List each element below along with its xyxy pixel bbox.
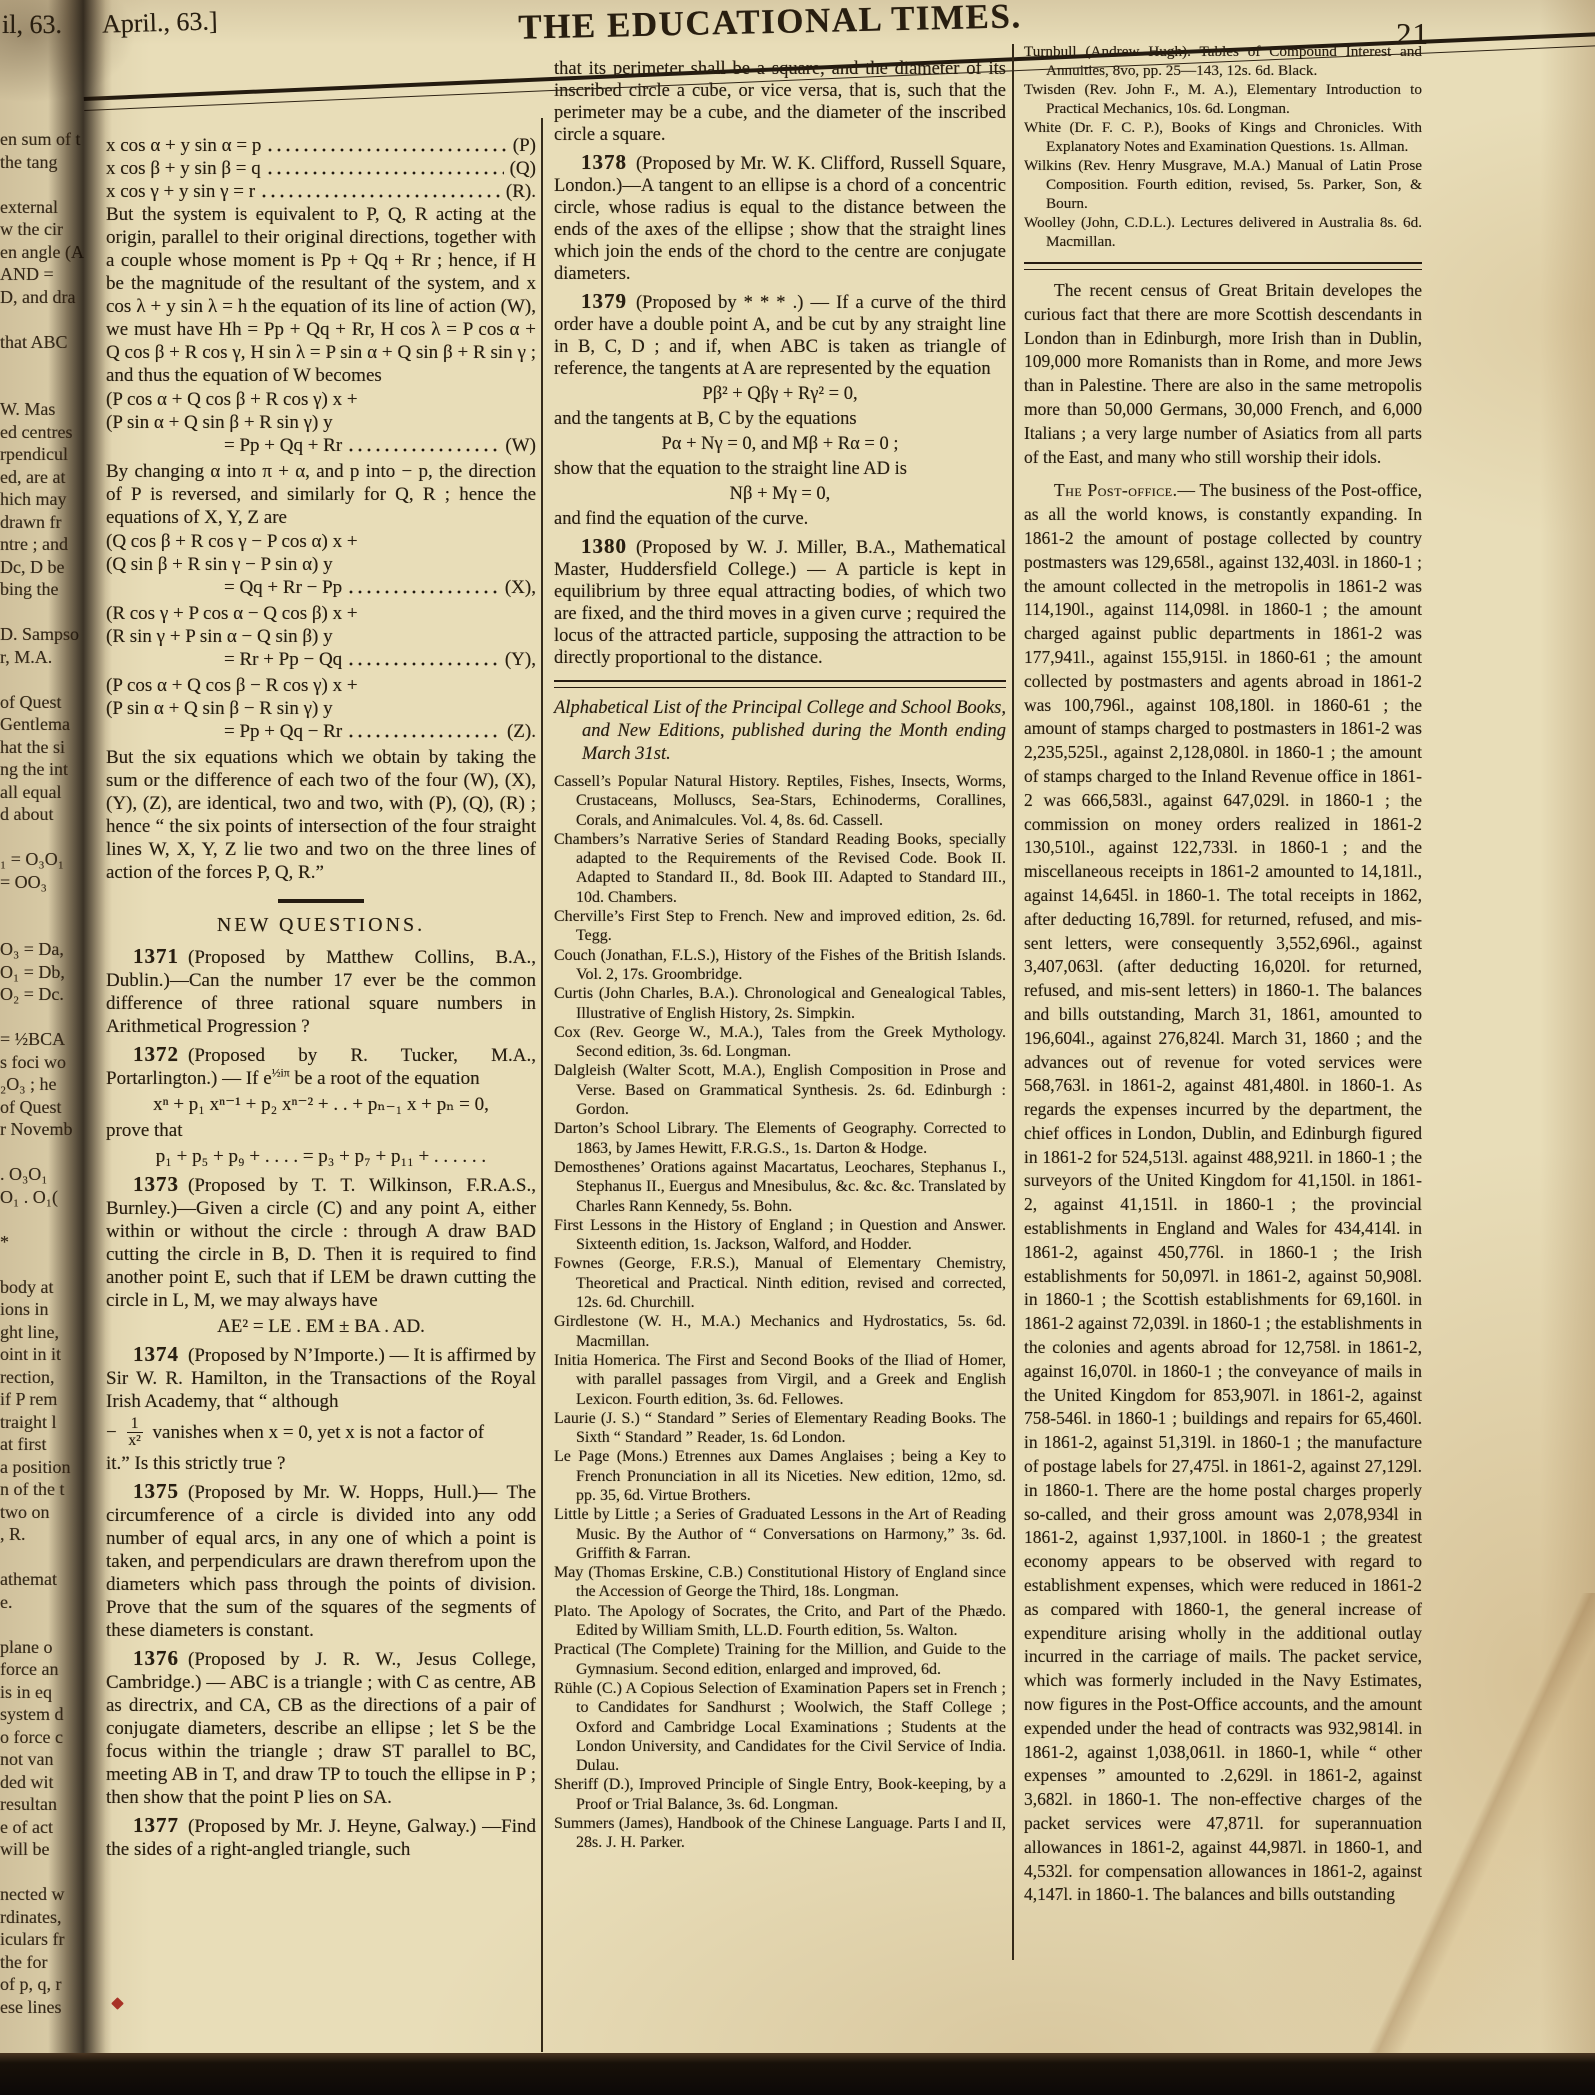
book-entry: Chambers’s Narrative Series of Standard …: [554, 830, 1006, 907]
book-entry: Initia Homerica. The First and Second Bo…: [554, 1351, 1006, 1409]
gutter-fragment-line: = OO₃: [0, 871, 100, 894]
display-equation: xⁿ + p₁ xⁿ⁻¹ + p₂ xⁿ⁻² + . . + pₙ₋₁ x + …: [106, 1093, 536, 1116]
gutter-fragment-line: e of act: [0, 1816, 100, 1839]
question-1379: 1379(Proposed by * * * .) — If a curve o…: [554, 290, 1006, 380]
gutter-fragment-line: ntre ; and: [0, 533, 100, 556]
book-entry: Laurie (J. S.) “ Standard ” Series of El…: [554, 1409, 1006, 1448]
gutter-fragment-line: n of the t: [0, 1478, 100, 1501]
gutter-fragment-line: ₂O₃ ; he: [0, 1073, 100, 1096]
gutter-fragment-line: s foci wo: [0, 1051, 100, 1074]
gutter-fragment-line: external: [0, 196, 100, 219]
gutter-fragment-line: athemat: [0, 1568, 100, 1591]
equation-result: = Pp + Qq − Rr(Z).: [106, 720, 536, 743]
book-entry: Cherville’s First Step to French. New an…: [554, 907, 1006, 946]
dot-leader: [348, 589, 499, 595]
equation-set-Z: (P cos α + Q cos β − R cos γ) x + (P sin…: [106, 674, 536, 743]
question-1375: 1375(Proposed by Mr. W. Hopps, Hull.)— T…: [106, 1480, 536, 1642]
gutter-fragment-line: [0, 893, 100, 916]
gutter-fragment-line: bing the: [0, 578, 100, 601]
gutter-fragment-line: two on: [0, 1501, 100, 1524]
gutter-fragment-line: resultan: [0, 1793, 100, 1816]
section-divider: [278, 899, 364, 903]
question-body: show that the equation to the straight l…: [554, 458, 1006, 480]
dot-leader: [267, 170, 504, 176]
book-list-heading: Alphabetical List of the Principal Colle…: [554, 697, 1006, 766]
gutter-fragment-line: force an: [0, 1658, 100, 1681]
gutter-fragment-line: [0, 601, 100, 624]
equation-result: = Rr + Pp − Qq(Y),: [106, 648, 536, 671]
gutter-fragment-line: rection,: [0, 1366, 100, 1389]
book-entry: Dalgleish (Walter Scott, M.A.), English …: [554, 1061, 1006, 1119]
equation-line: (Q sin β + R sin γ − P sin α) y: [106, 553, 536, 576]
gutter-fragment-line: en sum of t: [0, 128, 100, 151]
gutter-fragment-line: , R.: [0, 1523, 100, 1546]
book-entry: Woolley (John, C.D.L.). Lectures deliver…: [1024, 213, 1422, 251]
dot-leader: [348, 447, 499, 453]
question-number: 1372: [133, 1042, 179, 1066]
exponent: ½iπ: [272, 1066, 290, 1079]
paragraph-continuation: that its perimeter shall be a square, an…: [554, 58, 1006, 146]
gutter-fragment-line: [0, 1253, 100, 1276]
double-rule: [554, 680, 1006, 688]
gutter-fragment-line: [0, 1141, 100, 1164]
gutter-fragment-line: plane o: [0, 1636, 100, 1659]
gutter-fragment-line: [0, 376, 100, 399]
gutter-fragment-line: if P rem: [0, 1388, 100, 1411]
gutter-fragment-line: D. Sampso: [0, 623, 100, 646]
equation-result-label: (Z).: [507, 720, 536, 743]
gutter-fragment-line: d about: [0, 803, 100, 826]
gutter-fragment-line: ded wit: [0, 1771, 100, 1794]
book-list: Cassell’s Popular Natural History. Repti…: [554, 772, 1006, 1853]
gutter-fragment-line: W. Mas: [0, 398, 100, 421]
book-entry: Turnbull (Andrew Hugh). Tables of Compou…: [1024, 42, 1422, 80]
gutter-fragment-line: at first: [0, 1433, 100, 1456]
gutter-fragment-line: not van: [0, 1748, 100, 1771]
masthead-left-fragment: il, 63.: [2, 10, 64, 40]
gutter-fragment-line: . O₃O₁: [0, 1163, 100, 1186]
book-entry: Twisden (Rev. John F., M. A.), Elementar…: [1024, 80, 1422, 118]
gutter-fragment-line: all equal: [0, 781, 100, 804]
post-office-body: — The business of the Post-office, as al…: [1024, 480, 1422, 1904]
equation-R-lhs: x cos γ + y sin γ = r: [106, 180, 255, 203]
question-number: 1373: [133, 1172, 179, 1196]
column-1: x cos α + y sin α = p(P) x cos β + y sin…: [106, 134, 536, 1864]
gutter-fragment-line: [0, 668, 100, 691]
question-number: 1377: [133, 1813, 179, 1837]
question-number: 1378: [581, 150, 627, 174]
gutter-fragment-line: drawn fr: [0, 511, 100, 534]
column-divider-left: [541, 118, 543, 2052]
question-number: 1371: [133, 944, 179, 968]
gutter-fragment-line: a position: [0, 1456, 100, 1479]
gutter-fragment-line: hat the si: [0, 736, 100, 759]
equation-P: x cos α + y sin α = p(P): [106, 134, 536, 157]
book-entry: Demosthenes’ Orations against Macartatus…: [554, 1158, 1006, 1216]
book-entry: Le Page (Mons.) Etrennes aux Dames Angla…: [554, 1447, 1006, 1505]
equation-result-lhs: = Rr + Pp − Qq: [224, 648, 342, 671]
display-equation: p₁ + p₅ + p₉ + . . . . = p₃ + p₇ + p₁₁ +…: [106, 1145, 536, 1168]
dot-leader: [261, 193, 500, 199]
column-3: Turnbull (Andrew Hugh). Tables of Compou…: [1024, 42, 1422, 1907]
gutter-fragment-line: is in eq: [0, 1681, 100, 1704]
double-rule: [1024, 262, 1422, 270]
book-entry: Rühle (C.) A Copious Selection of Examin…: [554, 1679, 1006, 1775]
paragraph: But the six equations which we obtain by…: [106, 746, 536, 884]
paragraph: By changing α into π + α, and p into − p…: [106, 460, 536, 529]
question-body: prove that: [106, 1119, 536, 1142]
gutter-fragment-line: [0, 1006, 100, 1029]
display-equation: Nβ + Mγ = 0,: [554, 483, 1006, 505]
gutter-fragment-line: ng the int: [0, 758, 100, 781]
question-1372: 1372(Proposed by R. Tucker, M.A., Portar…: [106, 1043, 536, 1090]
fraction-prefix: −: [106, 1421, 117, 1444]
gutter-fragment-line: oint in it: [0, 1343, 100, 1366]
gutter-fragment-line: r Novemb: [0, 1118, 100, 1141]
gutter-fragment-line: nected w: [0, 1883, 100, 1906]
gutter-fragment-line: [0, 308, 100, 331]
question-number: 1374: [133, 1342, 179, 1366]
gutter-fragment-line: ed, are at: [0, 466, 100, 489]
gutter-fragment-line: will be: [0, 1838, 100, 1861]
equation-R-label: (R).: [506, 180, 536, 203]
gutter-fragment-line: ed centres: [0, 421, 100, 444]
page-title: THE EDUCATIONAL TIMES.: [420, 0, 1121, 50]
book-entry: Wilkins (Rev. Henry Musgrave, M.A.) Manu…: [1024, 156, 1422, 213]
gutter-fragment-line: body at: [0, 1276, 100, 1299]
gutter-text-fragments: en sum of tthe tangexternalw the ciren a…: [0, 128, 100, 2018]
gutter-fragment-line: en angle (A: [0, 241, 100, 264]
book-entry: White (Dr. F. C. P.), Books of Kings and…: [1024, 118, 1422, 156]
gutter-fragment-line: traight l: [0, 1411, 100, 1434]
gutter-fragment-line: that ABC: [0, 331, 100, 354]
post-office-paragraph: The Post-office.— The business of the Po…: [1024, 479, 1422, 1907]
question-body: vanishes when x = 0, yet x is not a fact…: [153, 1421, 485, 1444]
book-entry: Curtis (John Charles, B.A.). Chronologic…: [554, 984, 1006, 1023]
gutter-fragment-line: *: [0, 1231, 100, 1254]
equation-line: (P sin α + Q sin β − R sin γ) y: [106, 697, 536, 720]
question-number: 1376: [133, 1646, 179, 1670]
equation-result: = Pp + Qq + Rr(W): [106, 434, 536, 457]
equation-line: (P cos α + Q cos β + R cos γ) x +: [106, 388, 536, 411]
book-entry: Cassell’s Popular Natural History. Repti…: [554, 772, 1006, 830]
gutter-fragment-line: of Quest: [0, 1096, 100, 1119]
gutter-fragment-line: O₁ = Db,: [0, 961, 100, 984]
book-list-continued: Turnbull (Andrew Hugh). Tables of Compou…: [1024, 42, 1422, 251]
question-1378: 1378(Proposed by Mr. W. K. Clifford, Rus…: [554, 151, 1006, 285]
gutter-fragment-line: O₃ = Da,: [0, 938, 100, 961]
gutter-fragment-line: AND =: [0, 263, 100, 286]
dot-leader: [267, 147, 506, 153]
question-number: 1375: [133, 1479, 179, 1503]
gutter-fragment-line: system d: [0, 1703, 100, 1726]
paragraph: But the system is equivalent to P, Q, R …: [106, 203, 536, 387]
question-1376: 1376(Proposed by J. R. W., Jesus College…: [106, 1647, 536, 1809]
equation-line: (Q cos β + R cos γ − P cos α) x +: [106, 530, 536, 553]
gutter-fragment-line: w the cir: [0, 218, 100, 241]
gutter-fragment-line: [0, 1861, 100, 1884]
red-ink-mark: [111, 1997, 124, 2010]
question-body: (Proposed by J. R. W., Jesus College, Ca…: [106, 1649, 536, 1808]
question-1371: 1371(Proposed by Matthew Collins, B.A., …: [106, 945, 536, 1038]
gutter-fragment-line: of p, q, r: [0, 1973, 100, 1996]
gutter-fragment-line: [0, 353, 100, 376]
census-paragraph: The recent census of Great Britain devel…: [1024, 279, 1422, 469]
book-entry: First Lessons in the History of England …: [554, 1216, 1006, 1255]
equation-result-label: (Y),: [505, 648, 536, 671]
equation-result-label: (X),: [505, 576, 536, 599]
gutter-fragment-line: of Quest: [0, 691, 100, 714]
gutter-fragment-line: ght line,: [0, 1321, 100, 1344]
equation-Q-lhs: x cos β + y sin β = q: [106, 157, 261, 180]
equation-set-X: (Q cos β + R cos γ − P cos α) x + (Q sin…: [106, 530, 536, 599]
equation-result: = Qq + Rr − Pp(X),: [106, 576, 536, 599]
dot-leader: [348, 733, 501, 739]
gutter-fragment-line: ions in: [0, 1298, 100, 1321]
question-body: (Proposed by Mr. W. Hopps, Hull.)— The c…: [106, 1482, 536, 1641]
gutter-fragment-line: ₁ = O₃O₁: [0, 848, 100, 871]
scan-bottom-edge: [0, 2053, 1595, 2095]
question-body: it.” Is this strictly true ?: [106, 1452, 536, 1475]
book-entry: Darton’s School Library. The Elements of…: [554, 1119, 1006, 1158]
book-entry: Cox (Rev. George W., M.A.), Tales from t…: [554, 1023, 1006, 1062]
question-body: be a root of the equation: [290, 1068, 480, 1089]
question-number: 1380: [581, 534, 627, 558]
book-entry: Little by Little ; a Series of Graduated…: [554, 1505, 1006, 1563]
question-1373: 1373(Proposed by T. T. Wilkinson, F.R.A.…: [106, 1173, 536, 1312]
new-questions-heading: NEW QUESTIONS.: [106, 914, 536, 937]
equation-set-Y: (R cos γ + P cos α − Q cos β) x + (R sin…: [106, 602, 536, 671]
post-office-lead: The Post-office.: [1054, 480, 1177, 500]
scanned-page: en sum of tthe tangexternalw the ciren a…: [0, 0, 1595, 2095]
gutter-fragment-line: e.: [0, 1591, 100, 1614]
gutter-fragment-line: rdinates,: [0, 1906, 100, 1929]
question-body: and the tangents at B, C by the equation…: [554, 408, 1006, 430]
book-entry: May (Thomas Erskine, C.B.) Constitutiona…: [554, 1563, 1006, 1602]
gutter-fragment-line: [0, 826, 100, 849]
display-equation: Pβ² + Qβγ + Rγ² = 0,: [554, 383, 1006, 405]
gutter-fragment-line: [0, 916, 100, 939]
display-equation: AE² = LE . EM ± BA . AD.: [106, 1315, 536, 1338]
equation-result-lhs: = Pp + Qq − Rr: [224, 720, 342, 743]
equation-line: (R sin γ + P sin α − Q sin β) y: [106, 625, 536, 648]
gutter-fragment-line: the for: [0, 1951, 100, 1974]
equation-Q-label: (Q): [510, 157, 536, 180]
gutter-fragment-line: hich may: [0, 488, 100, 511]
fraction: 1x²: [127, 1416, 143, 1451]
question-number: 1379: [581, 289, 627, 313]
display-equation: Pα + Nγ = 0, and Mβ + Rα = 0 ;: [554, 433, 1006, 455]
equation-result-lhs: = Qq + Rr − Pp: [224, 576, 342, 599]
book-entry: Practical (The Complete) Training for th…: [554, 1640, 1006, 1679]
book-entry: Couch (Jonathan, F.L.S.), History of the…: [554, 946, 1006, 985]
gutter-fragment-line: o force c: [0, 1726, 100, 1749]
gutter-fragment-line: Gentlema: [0, 713, 100, 736]
book-entry: Summers (James), Handbook of the Chinese…: [554, 1814, 1006, 1853]
gutter-fragment-line: = ½BCA: [0, 1028, 100, 1051]
fraction-denominator: x²: [127, 1433, 143, 1450]
book-entry: Plato. The Apology of Socrates, the Crit…: [554, 1602, 1006, 1641]
equation-line: (R cos γ + P cos α − Q cos β) x +: [106, 602, 536, 625]
gutter-fragment-line: r, M.A.: [0, 646, 100, 669]
question-1380: 1380(Proposed by W. J. Miller, B.A., Mat…: [554, 535, 1006, 669]
equation-line: (P sin α + Q sin β + R sin γ) y: [106, 411, 536, 434]
equation-set-W: (P cos α + Q cos β + R cos γ) x + (P sin…: [106, 388, 536, 457]
column-2: that its perimeter shall be a square, an…: [554, 58, 1006, 1853]
question-body: and find the equation of the curve.: [554, 508, 1006, 530]
gutter-fragment-line: ese lines: [0, 1996, 100, 2019]
gutter-fragment-line: the tang: [0, 151, 100, 174]
equation-P-label: (P): [513, 134, 536, 157]
equation-P-lhs: x cos α + y sin α = p: [106, 134, 261, 157]
gutter-fragment-line: iculars fr: [0, 1928, 100, 1951]
gutter-fragment-line: rpendicul: [0, 443, 100, 466]
equation-Q: x cos β + y sin β = q(Q): [106, 157, 536, 180]
dot-leader: [348, 661, 499, 667]
gutter-fragment-line: Dc, D be: [0, 556, 100, 579]
gutter-fragment-line: O₂ = Dc.: [0, 983, 100, 1006]
masthead-date: April., 63.]: [102, 6, 218, 39]
gutter-fragment-line: [0, 1208, 100, 1231]
fraction-line: − 1x² vanishes when x = 0, yet x is not …: [106, 1416, 536, 1451]
gutter-fragment-line: [0, 1546, 100, 1569]
gutter-fragment-line: O₁ . O₁(: [0, 1186, 100, 1209]
equation-line: (P cos α + Q cos β − R cos γ) x +: [106, 674, 536, 697]
book-entry: Sheriff (D.), Improved Principle of Sing…: [554, 1775, 1006, 1814]
equation-result-label: (W): [505, 434, 536, 457]
question-1374: 1374(Proposed by N’Importe.) — It is aff…: [106, 1343, 536, 1413]
book-entry: Girdlestone (W. H., M.A.) Mechanics and …: [554, 1312, 1006, 1351]
gutter-fragment-line: [0, 173, 100, 196]
fraction-numerator: 1: [127, 1416, 143, 1434]
gutter-fragment-line: D, and dra: [0, 286, 100, 309]
question-1377: 1377(Proposed by Mr. J. Heyne, Galway.) …: [106, 1814, 536, 1861]
book-entry: Fownes (George, F.R.S.), Manual of Eleme…: [554, 1254, 1006, 1312]
equation-R: x cos γ + y sin γ = r(R).: [106, 180, 536, 203]
equation-result-lhs: = Pp + Qq + Rr: [224, 434, 342, 457]
column-divider-right: [1012, 44, 1014, 1960]
gutter-fragment-line: [0, 1613, 100, 1636]
